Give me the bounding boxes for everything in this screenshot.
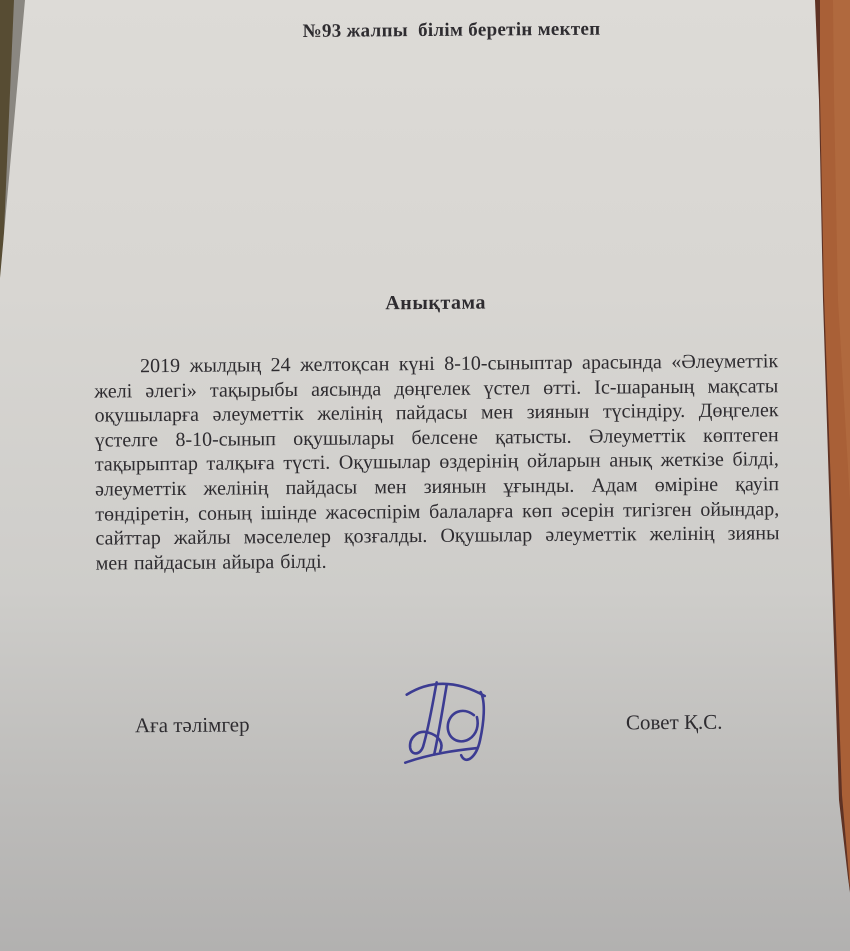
signature-c-curve [448, 711, 478, 742]
signer-role-label: Аға тәлімгер [135, 712, 250, 738]
document-content: №93 жалпы білім беретін мектеп Анықтама … [0, 0, 850, 951]
document-title: Анықтама [0, 288, 850, 318]
document-header: №93 жалпы білім беретін мектеп [56, 17, 846, 45]
body-line: мен пайдасын айыра білді. [96, 546, 780, 576]
signer-name-label: Совет Қ.С. [626, 710, 723, 736]
signature-ink [386, 649, 517, 775]
document-body-paragraph: 2019 жылдың 24 желтоқсан күні 8-10-сынып… [94, 349, 780, 576]
